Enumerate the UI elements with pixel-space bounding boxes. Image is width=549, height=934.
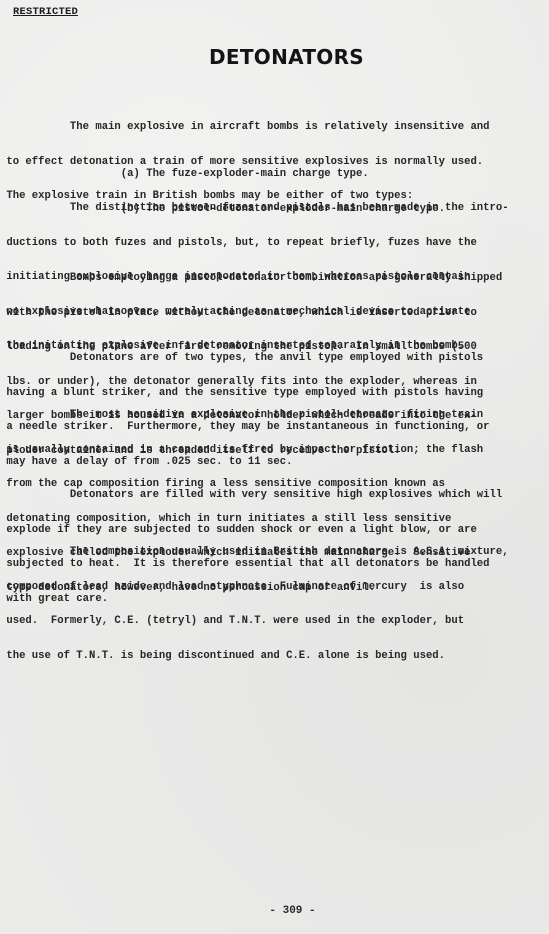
text-line: ductions to both fuzes and pistols, but,…: [0, 238, 549, 250]
page-number: - 309 -: [0, 905, 549, 917]
text-line: The composition usually used in British …: [0, 547, 549, 559]
paragraph-composition: The composition usually used in British …: [0, 524, 549, 685]
text-line: The distinction between fuzes and pistol…: [0, 203, 549, 215]
text-line: used. Formerly, C.E. (tetryl) and T.N.T.…: [0, 616, 549, 628]
text-line: Bombs employing a pistol-detonator combi…: [0, 273, 549, 285]
text-line: the use of T.N.T. is being discontinued …: [0, 651, 549, 663]
classification-marking: RESTRICTED: [13, 6, 78, 18]
text-line: The main explosive in aircraft bombs is …: [0, 122, 549, 134]
text-line: with the pistol in place without the det…: [0, 308, 549, 320]
page-title: DETONATORS: [0, 45, 549, 69]
text-line: The most sensitive explosive in the pist…: [0, 410, 549, 422]
document-page: RESTRICTED DETONATORS The main explosive…: [0, 0, 549, 934]
list-item: (a) The fuze-exploder-main charge type.: [0, 169, 549, 181]
text-line: Detonators are filled with very sensitiv…: [0, 490, 549, 502]
text-line: is usually contained in a cap and is fir…: [0, 445, 549, 457]
text-line: composed of lead azide and lead styphnat…: [0, 582, 549, 594]
text-line: Detonators are of two types, the anvil t…: [0, 353, 549, 365]
